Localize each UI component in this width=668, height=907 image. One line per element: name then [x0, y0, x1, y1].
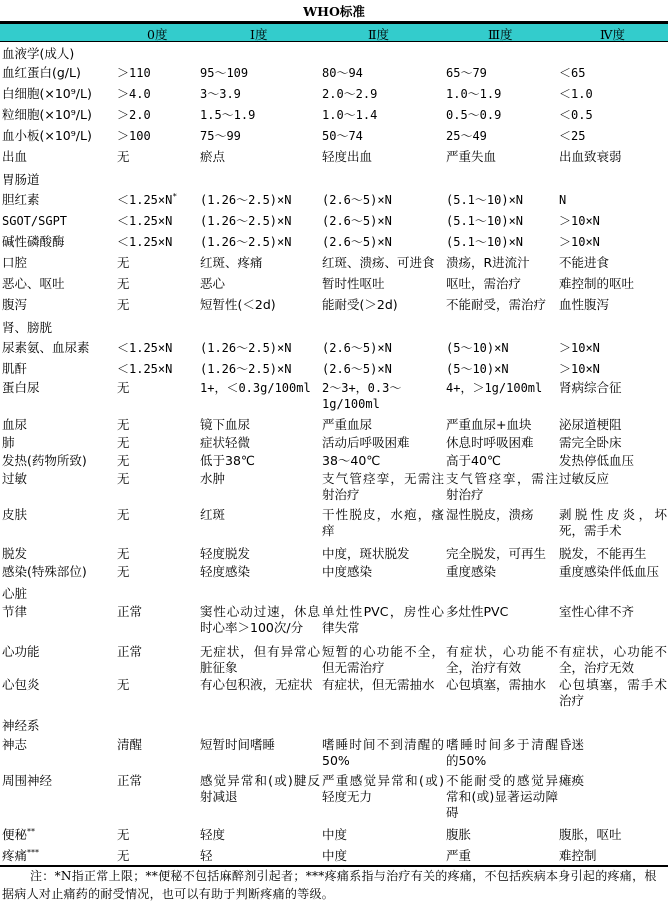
row-label: 神志	[2, 737, 112, 753]
grade-1-cell: 短暂性(＜2d)	[200, 297, 320, 313]
grade-1-cell: 症状轻微	[200, 435, 320, 451]
grade-2-cell: 有症状，但无需抽水	[322, 677, 444, 693]
grade-0-cell: 无	[117, 276, 197, 292]
row-label: 过敏	[2, 471, 112, 487]
grade-1-cell: (1.26～2.5)×N	[200, 192, 320, 208]
row-label: 恶心、呕吐	[2, 276, 112, 292]
grade-3-cell: 有症状，心功能不全，治疗有效	[446, 644, 558, 676]
grade-4-cell: ＞10×N	[559, 361, 667, 377]
grade-3-cell: 0.5～0.9	[446, 107, 558, 123]
grade-0-cell: 清醒	[117, 737, 197, 753]
row-label: 疼痛***	[2, 848, 112, 864]
table-header: 0度 Ⅰ度 Ⅱ度 Ⅲ度 Ⅳ度	[0, 24, 668, 42]
grade-2-cell: 短暂的心功能不全，但无需治疗	[322, 644, 444, 676]
grade-1-cell: 恶心	[200, 276, 320, 292]
grade-3-cell: 不能耐受，需治疗	[446, 297, 558, 313]
grade-1-cell: (1.26～2.5)×N	[200, 213, 320, 229]
grade-2-cell: (2.6～5)×N	[322, 213, 444, 229]
row-label: 肺	[2, 435, 112, 451]
grade-4-cell: ＞10×N	[559, 234, 667, 250]
grade-2-cell: 支气管痉挛，无需注射治疗	[322, 471, 444, 503]
table-title: WHO标准	[0, 2, 668, 20]
grade-4-cell: 瘫痪	[559, 773, 667, 789]
grade-4-cell: ＜1.0	[559, 86, 667, 102]
row-label: 便秘**	[2, 827, 112, 843]
grade-0-cell: 正常	[117, 644, 197, 660]
grade-2-cell: 嗜睡时间不到清醒的50%	[322, 737, 444, 769]
grade-4-cell: 昏迷	[559, 737, 667, 753]
grade-4-cell: 需完全卧床	[559, 435, 667, 451]
grade-4-cell: 难控制	[559, 848, 667, 864]
grade-2-cell: 轻度出血	[322, 149, 444, 165]
grade-0-cell: 正常	[117, 773, 197, 789]
grade-3-cell: 严重	[446, 848, 558, 864]
grade-0-cell: 无	[117, 297, 197, 313]
grade-0-cell: ＜1.25×N*	[117, 192, 197, 208]
grade-3-cell: 严重血尿+血块	[446, 417, 558, 433]
grade-3-cell: 溃疡，R进流汁	[446, 255, 558, 271]
grade-1-cell: 红斑	[200, 507, 320, 523]
row-label: 口腔	[2, 255, 112, 271]
row-label: 血小板(×10⁹/L)	[2, 128, 112, 144]
grade-3-cell: 湿性脱皮，溃疡	[446, 507, 558, 523]
footnote-mark: *	[172, 192, 177, 201]
grade-1-cell: 红斑、疼痛	[200, 255, 320, 271]
row-label: 心功能	[2, 644, 112, 660]
grade-0-cell: ＞110	[117, 65, 197, 81]
grade-2-cell: 中度，斑状脱发	[322, 546, 444, 562]
grade-0-cell: 无	[117, 677, 197, 693]
row-label: 心包炎	[2, 677, 112, 693]
grade-4-cell: 发热停低血压	[559, 453, 667, 469]
footnote-mark: ***	[27, 848, 39, 857]
section-gi: 胃肠道	[2, 170, 40, 188]
grade-3-cell: (5～10)×N	[446, 340, 558, 356]
grade-1-cell: (1.26～2.5)×N	[200, 361, 320, 377]
grade-2-cell: 暂时性呕吐	[322, 276, 444, 292]
grade-2-cell: (2.6～5)×N	[322, 234, 444, 250]
grade-4-cell: 有症状，心功能不全，治疗无效	[559, 644, 667, 676]
grade-3-cell: 休息时呼吸困难	[446, 435, 558, 451]
header-grade-0: 0度	[147, 25, 167, 43]
grade-2-cell: 80～94	[322, 65, 444, 81]
grade-1-cell: 95～109	[200, 65, 320, 81]
grade-0-cell: 无	[117, 471, 197, 487]
grade-0-cell: 无	[117, 564, 197, 580]
grade-2-cell: 50～74	[322, 128, 444, 144]
grade-2-cell: 38～40℃	[322, 453, 444, 469]
grade-1-cell: 感觉异常和(或)腱反射减退	[200, 773, 320, 805]
grade-4-cell: 过敏反应	[559, 471, 667, 487]
grade-0-cell: ＞2.0	[117, 107, 197, 123]
section-hematology: 血液学(成人)	[2, 44, 74, 62]
row-label: 蛋白尿	[2, 380, 112, 396]
header-grade-4: Ⅳ度	[600, 25, 625, 43]
grade-4-cell: 血性腹泻	[559, 297, 667, 313]
grade-2-cell: (2.6～5)×N	[322, 192, 444, 208]
grade-1-cell: 1+，＜0.3g/100ml	[200, 380, 320, 396]
grade-3-cell: 多灶性PVC	[446, 604, 558, 620]
row-label: 皮肤	[2, 507, 112, 523]
row-label: 碱性磷酸酶	[2, 234, 112, 250]
row-label: 粒细胞(×10⁹/L)	[2, 107, 112, 123]
grade-3-cell: 1.0～1.9	[446, 86, 558, 102]
grade-4-cell: ＞10×N	[559, 340, 667, 356]
grade-0-cell: 无	[117, 149, 197, 165]
grade-3-cell: (5.1～10)×N	[446, 234, 558, 250]
grade-2-cell: (2.6～5)×N	[322, 340, 444, 356]
grade-4-cell: ＞10×N	[559, 213, 667, 229]
grade-1-cell: 3～3.9	[200, 86, 320, 102]
grade-4-cell: 脱发，不能再生	[559, 546, 667, 562]
section-renal: 肾、膀胱	[2, 318, 52, 336]
grade-0-cell: 无	[117, 380, 197, 396]
grade-4-cell: 不能进食	[559, 255, 667, 271]
grade-3-cell: 完全脱发，可再生	[446, 546, 558, 562]
grade-2-cell: 中度	[322, 827, 444, 843]
grade-1-cell: 窦性心动过速，休息时心率＞100次/分	[200, 604, 320, 636]
row-label-text: 疼痛	[2, 848, 27, 863]
grade-4-cell: 心包填塞，需手术治疗	[559, 677, 667, 709]
grade-1-cell: (1.26～2.5)×N	[200, 340, 320, 356]
grade-4-cell: 腹胀，呕吐	[559, 827, 667, 843]
row-label: SGOT/SGPT	[2, 213, 112, 229]
section-neuro: 神经系	[2, 716, 40, 734]
grade-0-cell: 无	[117, 827, 197, 843]
grade-2-cell: 中度	[322, 848, 444, 864]
grade-1-cell: 短暂时间嗜睡	[200, 737, 320, 753]
grade-4-cell: 剥脱性皮炎，坏死，需手术	[559, 507, 667, 539]
grade-3-cell: 腹胀	[446, 827, 558, 843]
grade-1-cell: 轻度感染	[200, 564, 320, 580]
footnote-mark: **	[27, 827, 35, 836]
grade-4-cell: 难控制的呕吐	[559, 276, 667, 292]
grade-4-cell: 肾病综合征	[559, 380, 667, 396]
grade-4-cell: ＜0.5	[559, 107, 667, 123]
grade-4-cell: 出血致衰弱	[559, 149, 667, 165]
row-label: 血尿	[2, 417, 112, 433]
grade-0-cell: ＜1.25×N	[117, 340, 197, 356]
grade-2-cell: 红斑、溃疡、可进食	[322, 255, 444, 271]
grade-2-cell: 单灶性PVC，房性心律失常	[322, 604, 444, 636]
grade-1-cell: (1.26～2.5)×N	[200, 234, 320, 250]
grade-0-cell: 正常	[117, 604, 197, 620]
grade-1-cell: 75～99	[200, 128, 320, 144]
row-label-text: 便秘	[2, 827, 27, 842]
grade-0-cell: 无	[117, 453, 197, 469]
row-label: 感染(特殊部位)	[2, 564, 112, 580]
grade-0-cell: ＜1.25×N	[117, 234, 197, 250]
grade-3-cell: (5～10)×N	[446, 361, 558, 377]
header-grade-2: Ⅱ度	[368, 25, 389, 43]
header-grade-3: Ⅲ度	[488, 25, 513, 43]
footnote: 注：*N指正常上限；**便秘不包括麻醉剂引起者；***疼痛系指与治疗有关的疼痛，…	[2, 867, 664, 903]
header-grade-1: Ⅰ度	[250, 25, 267, 43]
grade-4-cell: ＜25	[559, 128, 667, 144]
grade-0-cell: ＜1.25×N	[117, 213, 197, 229]
grade-1-cell: 瘀点	[200, 149, 320, 165]
row-label: 周围神经	[2, 773, 112, 789]
row-label: 节律	[2, 604, 112, 620]
grade-3-cell: (5.1～10)×N	[446, 192, 558, 208]
grade-3-cell: (5.1～10)×N	[446, 213, 558, 229]
grade-1-cell: 轻	[200, 848, 320, 864]
grade-4-cell: N	[559, 192, 667, 208]
grade-0-cell: ＜1.25×N	[117, 361, 197, 377]
grade-3-cell: 高于40℃	[446, 453, 558, 469]
grade-1-cell: 1.5～1.9	[200, 107, 320, 123]
grade-1-cell: 轻度脱发	[200, 546, 320, 562]
grade-3-cell: 4+，＞1g/100ml	[446, 380, 558, 396]
grade-0-cell: ＞4.0	[117, 86, 197, 102]
grade-2-cell: (2.6～5)×N	[322, 361, 444, 377]
grade-3-cell: 不能耐受的感觉异常和(或)显著运动障碍	[446, 773, 558, 821]
grade-4-cell: 室性心律不齐	[559, 604, 667, 620]
grade-0-cell: ＞100	[117, 128, 197, 144]
row-label: 尿素氨、血尿素	[2, 340, 112, 356]
grade-2-cell: 干性脱皮，水疱，瘙痒	[322, 507, 444, 539]
grade-0-cell: 无	[117, 417, 197, 433]
grade-4-cell: 重度感染伴低血压	[559, 564, 667, 580]
grade-1-cell: 轻度	[200, 827, 320, 843]
grade-0-cell: 无	[117, 848, 197, 864]
row-label: 脱发	[2, 546, 112, 562]
grade-1-cell: 有心包积液，无症状	[200, 677, 320, 693]
row-label: 腹泻	[2, 297, 112, 313]
grade-3-cell: 呕吐，需治疗	[446, 276, 558, 292]
grade-2-cell: 1.0～1.4	[322, 107, 444, 123]
grade-2-cell: 能耐受(＞2d)	[322, 297, 444, 313]
grade-1-cell: 镜下血尿	[200, 417, 320, 433]
grade-1-cell: 水肿	[200, 471, 320, 487]
grade-1-cell: 无症状，但有异常心脏征象	[200, 644, 320, 676]
grade-0-cell: 无	[117, 255, 197, 271]
row-label: 胆红素	[2, 192, 112, 208]
grade-0-value: ＜1.25×N	[117, 193, 172, 207]
section-cardiac: 心脏	[2, 584, 27, 602]
grade-4-cell: ＜65	[559, 65, 667, 81]
grade-3-cell: 65～79	[446, 65, 558, 81]
row-label: 出血	[2, 149, 112, 165]
grade-0-cell: 无	[117, 507, 197, 523]
grade-0-cell: 无	[117, 435, 197, 451]
grade-3-cell: 重度感染	[446, 564, 558, 580]
grade-2-cell: 2.0～2.9	[322, 86, 444, 102]
grade-1-cell: 低于38℃	[200, 453, 320, 469]
grade-2-cell: 中度感染	[322, 564, 444, 580]
grade-3-cell: 25～49	[446, 128, 558, 144]
grade-0-cell: 无	[117, 546, 197, 562]
grade-3-cell: 心包填塞，需抽水	[446, 677, 558, 693]
row-label: 血红蛋白(g/L)	[2, 65, 112, 81]
grade-2-cell: 严重血尿	[322, 417, 444, 433]
grade-2-cell: 2～3+，0.3～1g/100ml	[322, 380, 440, 412]
grade-3-cell: 严重失血	[446, 149, 558, 165]
row-label: 发热(药物所致)	[2, 453, 112, 469]
grade-3-cell: 嗜睡时间多于清醒的50%	[446, 737, 558, 769]
grade-2-cell: 严重感觉异常和(或)轻度无力	[322, 773, 444, 805]
row-label: 白细胞(×10⁹/L)	[2, 86, 112, 102]
grade-2-cell: 活动后呼吸困难	[322, 435, 444, 451]
grade-4-cell: 泌尿道梗阻	[559, 417, 667, 433]
row-label: 肌酐	[2, 361, 112, 377]
grade-3-cell: 支气管痉挛，需注射治疗	[446, 471, 558, 503]
